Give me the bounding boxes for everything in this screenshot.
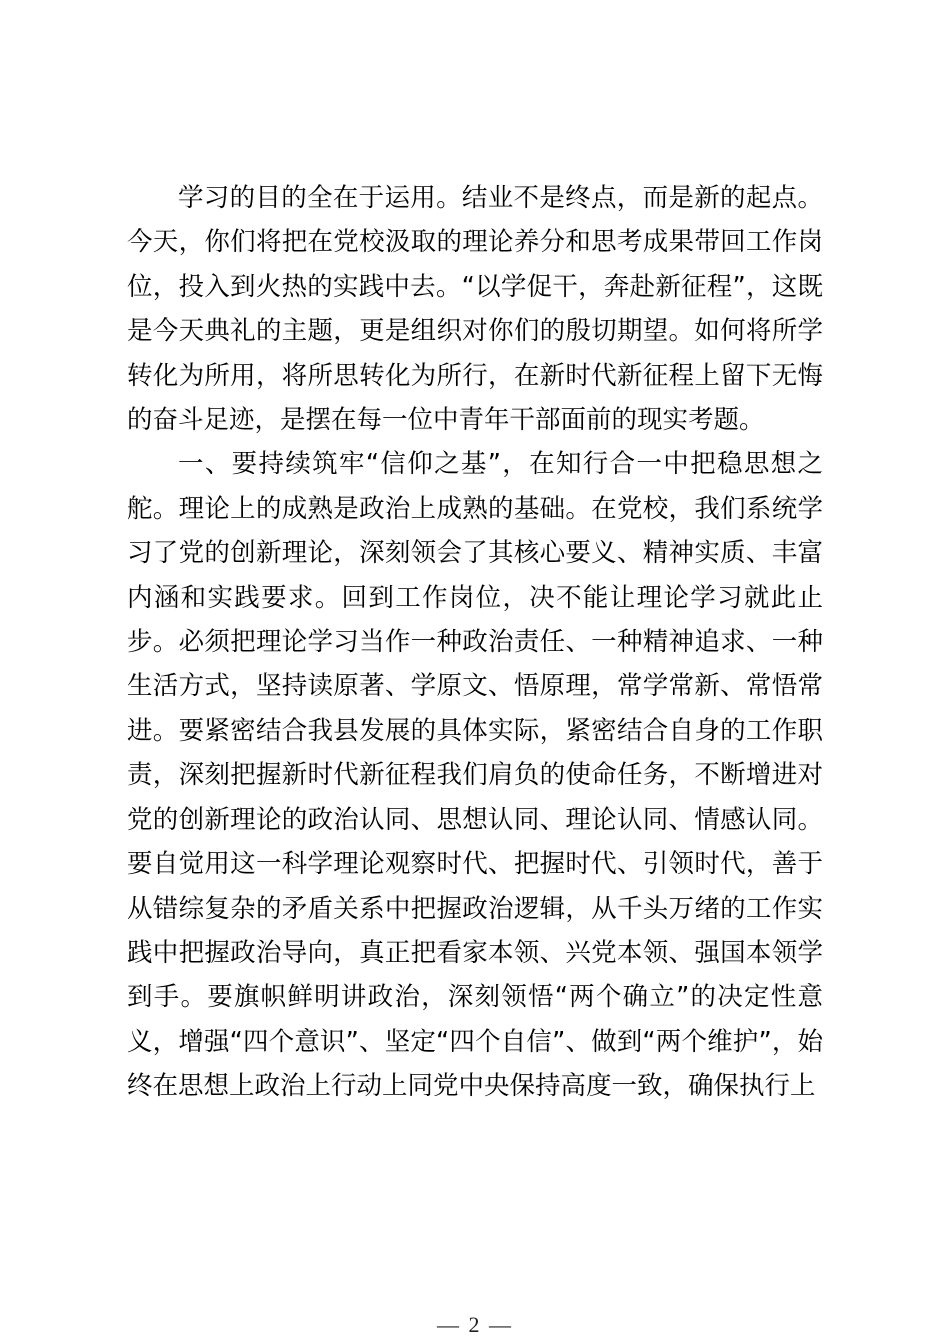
body-paragraph: 学习的目的全在于运用。结业不是终点，而是新的起点。今天，你们将把在党校汲取的理论… [127,176,823,442]
document-page: 学习的目的全在于运用。结业不是终点，而是新的起点。今天，你们将把在党校汲取的理论… [0,0,950,1344]
page-number: — 2 — [0,1312,950,1338]
document-body: 学习的目的全在于运用。结业不是终点，而是新的起点。今天，你们将把在党校汲取的理论… [127,176,823,1109]
body-paragraph: 一、要持续筑牢“信仰之基”，在知行合一中把稳思想之舵。理论上的成熟是政治上成熟的… [127,442,823,1108]
